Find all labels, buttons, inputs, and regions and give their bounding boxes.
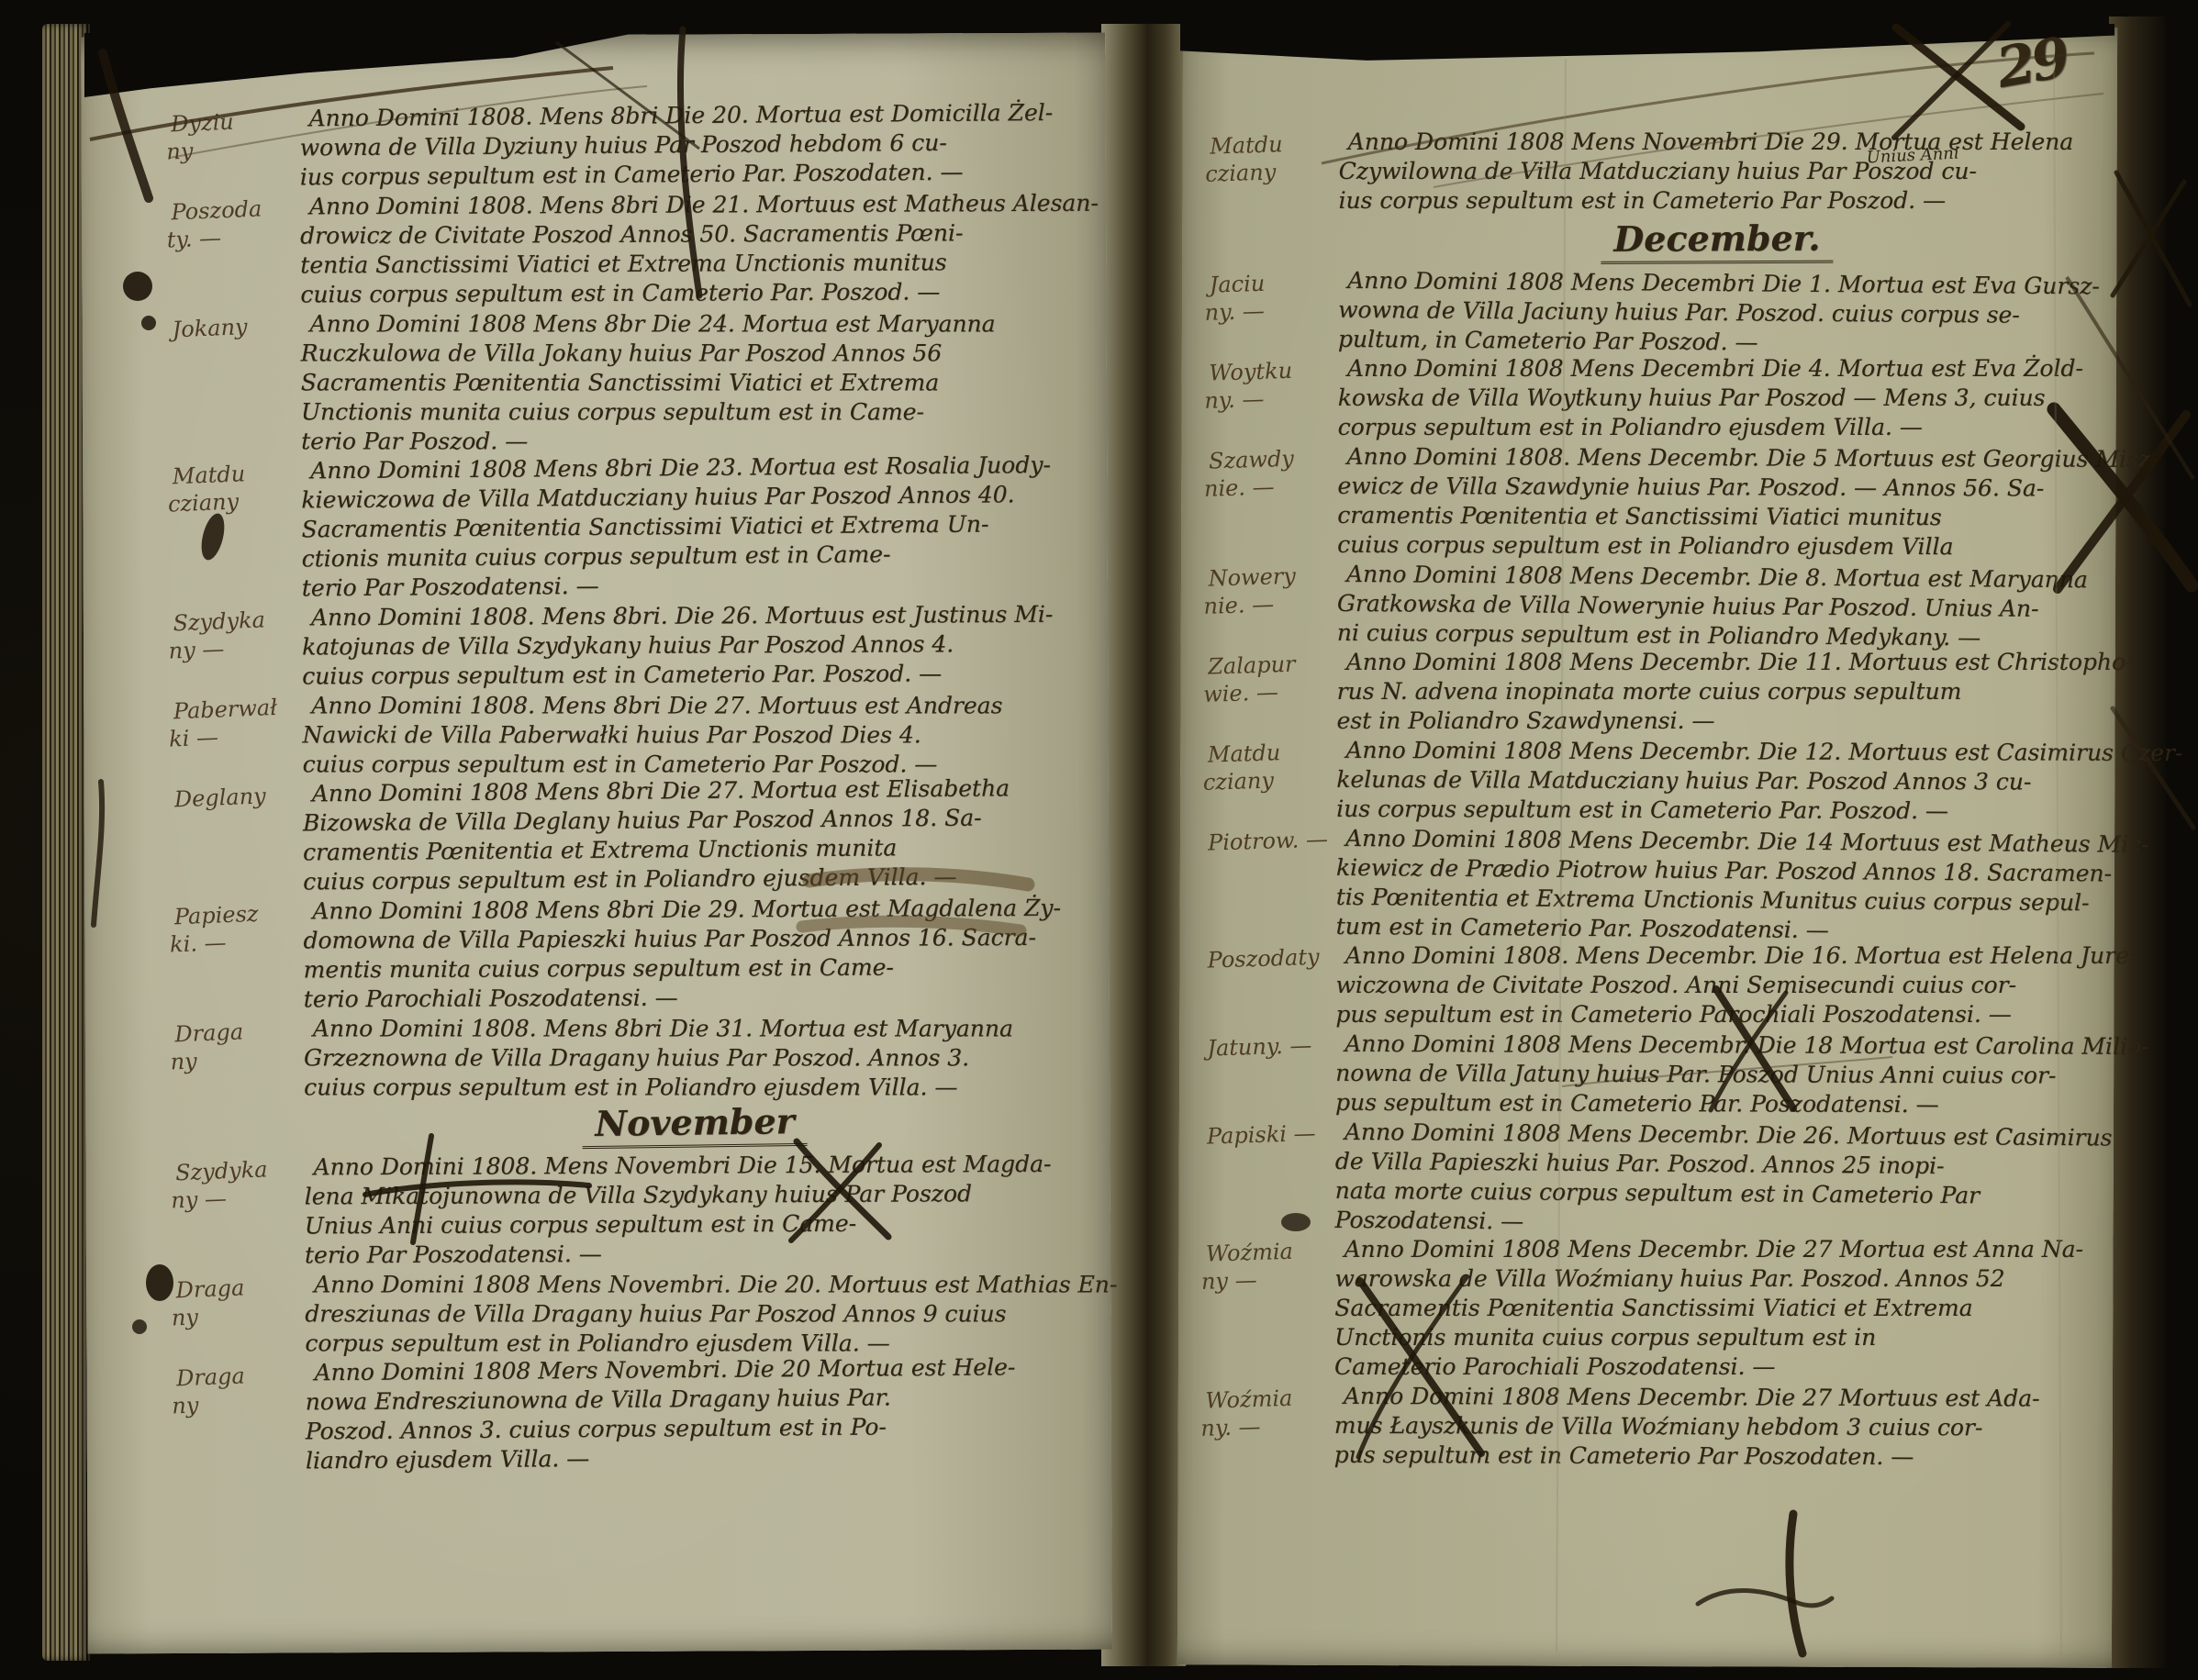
record-text: Anno Domini 1808 Mens Decembr. Die 26. M… (1335, 1118, 2113, 1238)
record-line: ewicz de Villa Szawdynie huius Par. Posz… (1337, 472, 2158, 504)
burial-record-entry: Dyziu nyAnno Domini 1808. Mens 8bri Die … (165, 101, 1081, 193)
record-line: mus Łayszkunis de Villa Woźmiany hebdom … (1334, 1411, 2092, 1443)
record-text: Anno Domini 1808 Mens Decembr. Die 8. Mo… (1337, 560, 2095, 651)
book-gutter (1101, 24, 1186, 1666)
margin-village-label: Matdu cziany (1201, 733, 1337, 796)
burial-record-entry: Woźmia ny. —Anno Domini 1808 Mens Decemb… (1200, 1381, 2092, 1472)
record-text: Anno Domini 1808 Mens Decembr. Die 11. M… (1336, 648, 2133, 739)
record-text: Anno Domini 1808 Mens Decembr. Die 18 Mo… (1335, 1029, 2149, 1120)
left-page: Dyziu nyAnno Domini 1808. Mens 8bri Die … (81, 33, 1112, 1654)
record-text: Anno Domini 1808. Mens 8bri Die 31. Mort… (304, 1011, 1086, 1103)
manuscript-scan: Dyziu nyAnno Domini 1808. Mens 8bri Die … (0, 0, 2198, 1680)
record-text: Anno Domini 1808 Mens Decembr. Die 14 Mo… (1336, 824, 2149, 944)
margin-village-label: Dyziu ny (164, 102, 300, 166)
margin-village-label: Matdu cziany (1204, 125, 1340, 188)
record-line: ius corpus sepultum est in Cameterio Par… (300, 157, 1082, 193)
burial-record-entry: Szawdy nie. —Anno Domini 1808. Mens Dece… (1203, 441, 2095, 562)
record-line: Anno Domini 1808. Mens Novembri Die 15. … (304, 1150, 1086, 1183)
margin-village-label: Paberwał ki — (167, 689, 303, 753)
burial-record-entry: Papiesz ki. —Anno Domini 1808 Mens 8bri … (169, 894, 1086, 1015)
burial-record-entry: Zalapur wie. —Anno Domini 1808 Mens Dece… (1202, 647, 2094, 738)
burial-record-entry: Matdu czianyAnno Domini 1808 Mens Novemb… (1204, 127, 2096, 217)
record-line: Anno Domini 1808 Mens 8br Die 24. Mortua… (301, 309, 1083, 339)
record-line: Ruczkulowa de Villa Jokany huius Par Pos… (301, 339, 1083, 368)
burial-record-entry: DeglanyAnno Domini 1808 Mens 8bri Die 27… (169, 776, 1086, 897)
record-line: Anno Domini 1808 Mens Decembr. Die 18 Mo… (1335, 1029, 2148, 1062)
record-line: mentis munita cuius corpus sepultum est … (304, 952, 1086, 985)
record-line: Anno Domini 1808 Mens Decembri Die 4. Mo… (1338, 354, 2096, 384)
record-line: Anno Domini 1808 Mens 8bri Die 29. Mortu… (303, 894, 1085, 927)
burial-record-entry: Matdu czianyAnno Domini 1808 Mens Decemb… (1202, 735, 2094, 826)
record-text: Anno Domini 1808. Mens 8bri Die 21. Mort… (300, 189, 1099, 310)
record-line: lena Mikatojunowna de Villa Szydykany hu… (305, 1179, 1087, 1212)
record-line: Sacramentis Pœnitentia Sanctissimi Viati… (301, 368, 1083, 397)
burial-record-entry: Szydyka ny —Anno Domini 1808. Mens Novem… (170, 1150, 1087, 1271)
burial-record-entry: Nowery nie. —Anno Domini 1808 Mens Decem… (1203, 559, 2095, 650)
record-line: Anno Domini 1808 Mens Decembr. Die 12. M… (1336, 736, 2182, 768)
record-line: domowna de Villa Papieszki huius Par Pos… (303, 923, 1085, 956)
record-text: Anno Domini 1808. Mens Decembr. Die 5 Mo… (1337, 442, 2158, 562)
record-line: est in Poliandro Szawdynensi. — (1336, 706, 2133, 736)
record-line: Anno Domini 1808 Mens Decembr. Die 27 Mo… (1334, 1235, 2092, 1264)
record-text: Anno Domini 1808. Mens 8bri Die 27. Mort… (302, 688, 1084, 780)
record-line: katojunas de Villa Szydykany huius Par P… (302, 629, 1084, 662)
folio-page-number: 29 (1992, 26, 2071, 101)
record-line: terio Parochiali Poszodatensi. — (304, 982, 1086, 1015)
record-line: Anno Domini 1808 Mens Decembr. Die 11. M… (1337, 648, 2134, 677)
burial-record-entry: Jatuny. —Anno Domini 1808 Mens Decembr. … (1201, 1029, 2093, 1119)
record-text: Anno Domini 1808. Mens Novembri Die 15. … (304, 1150, 1087, 1271)
record-line: Unius Anni cuius corpus sepultum est in … (305, 1208, 1087, 1241)
record-text: Anno Domini 1808 Mens Decembri Die 1. Mo… (1338, 266, 2100, 357)
record-line: Nawicki de Villa Paberwałki huius Par Po… (302, 720, 1084, 750)
margin-village-label: Papiski — (1200, 1115, 1335, 1151)
record-text: Anno Domini 1808 Mens 8bri Die 23. Mortu… (301, 453, 1084, 604)
margin-village-label: Nowery nie. — (1202, 557, 1338, 620)
record-text: Anno Domini 1808. Mens Decembr. Die 16. … (1335, 941, 2137, 1032)
margin-village-label: Poszodaty (1201, 939, 1336, 974)
record-line: Anno Domini 1808. Mens Decembr. Die 16. … (1336, 941, 2137, 971)
record-line: corpus sepultum est in Poliandro ejusdem… (1338, 413, 2096, 442)
record-text: Anno Domini 1808 Mens 8br Die 24. Mortua… (300, 306, 1083, 457)
burial-record-entry: Draga nyAnno Domini 1808 Mens Novembri. … (171, 1267, 1087, 1359)
record-text: Anno Domini 1808 Mens Novembri Die 29. M… (1338, 128, 2096, 218)
margin-village-label: Szydyka ny — (167, 601, 303, 665)
record-line: warowska de Villa Woźmiany huius Par. Po… (1334, 1264, 2092, 1294)
burial-record-entry: Draga nyAnno Domini 1808. Mens 8bri Die … (170, 1011, 1086, 1103)
margin-village-label: Draga ny (169, 1012, 305, 1076)
record-line: Anno Domini 1808. Mens 8bri Die 21. Mort… (300, 189, 1099, 222)
right-page: Matdu czianyAnno Domini 1808 Mens Novemb… (1177, 24, 2117, 1668)
record-line: Anno Domini 1808 Mens Novembri Die 29. M… (1339, 128, 2097, 157)
record-line: tentia Sanctissimi Viatici et Extrema Un… (300, 248, 1099, 281)
record-line: liandro ejusdem Villa. — (306, 1441, 1088, 1476)
record-text: Anno Domini 1808 Mers Novembri. Die 20 M… (305, 1355, 1088, 1476)
record-text: Anno Domini 1808 Mens Novembri. Die 20. … (305, 1267, 1118, 1359)
burial-record-entry: JokanyAnno Domini 1808 Mens 8br Die 24. … (166, 306, 1083, 457)
margin-village-label: Woźmia ny — (1199, 1232, 1335, 1296)
record-text: Anno Domini 1808 Mens Decembr. Die 27 Mo… (1334, 1382, 2092, 1473)
month-header-label: November (582, 1101, 808, 1149)
burial-record-entry: Jaciu ny. —Anno Domini 1808 Mens Decembr… (1204, 265, 2096, 356)
record-line: kowska de Villa Woytkuny huius Par Poszo… (1338, 384, 2096, 413)
burial-record-entry: PoszodatyAnno Domini 1808. Mens Decembr.… (1201, 940, 2093, 1031)
record-line: wiczowna de Civitate Poszod. Anni Semise… (1335, 971, 2137, 1000)
record-line: terio Par Poszodatensi. — (302, 568, 1084, 604)
month-header: November (170, 1101, 1086, 1150)
record-line: Unctionis munita cuius corpus sepultum e… (1334, 1323, 2092, 1352)
burial-record-entry: Poszoda ty. —Anno Domini 1808. Mens 8bri… (166, 189, 1083, 310)
burial-record-entry: Woytku ny. —Anno Domini 1808 Mens Decemb… (1204, 353, 2096, 444)
margin-village-label: Matdu cziany (166, 454, 302, 518)
margin-village-label: Woytku ny. — (1203, 351, 1339, 415)
record-line: Anno Domini 1808. Mens 8bri. Die 26. Mor… (302, 600, 1084, 633)
record-line: Grzeznowna de Villa Dragany huius Par Po… (304, 1043, 1086, 1073)
record-text: Anno Domini 1808 Mens Decembr. Die 27 Mo… (1334, 1235, 2093, 1385)
record-line: Sacramentis Pœnitentia Sanctissimi Viati… (1334, 1294, 2092, 1323)
burial-record-entry: Szydyka ny —Anno Domini 1808. Mens 8bri.… (168, 600, 1084, 692)
margin-village-label: Papiesz ki. — (168, 895, 304, 959)
margin-village-label: Szawdy nie. — (1202, 439, 1338, 503)
record-line: Czywilowna de Villa Matducziany huius Pa… (1339, 157, 2097, 186)
margin-village-label: Deglany (168, 777, 303, 814)
record-line: Anno Domini 1808. Mens Decembr. Die 5 Mo… (1337, 442, 2158, 474)
record-line: ius corpus sepultum est in Cameterio Par… (1338, 186, 2096, 216)
record-line: Cameterio Parochiali Poszodatensi. — (1334, 1352, 2092, 1382)
record-line: terio Par Poszodatensi. — (305, 1238, 1087, 1271)
burial-record-entry: Piotrow. —Anno Domini 1808 Mens Decembr.… (1202, 823, 2094, 943)
burial-record-entry: Draga nyAnno Domini 1808 Mers Novembri. … (171, 1355, 1088, 1476)
record-line: pus sepultum est in Cameterio Par Poszod… (1334, 1441, 2092, 1473)
record-line: pus sepultum est in Cameterio Par. Poszo… (1335, 1088, 2148, 1120)
month-header: December. (1204, 217, 2096, 264)
record-line: Anno Domini 1808 Mens Novembri. Die 20. … (305, 1270, 1117, 1299)
record-text: Anno Domini 1808 Mens 8bri Die 29. Mortu… (303, 894, 1086, 1015)
margin-village-label: Poszoda ty. — (165, 190, 301, 254)
margin-village-label: Woźmia ny. — (1199, 1379, 1335, 1442)
margin-village-label: Szydyka ny — (169, 1151, 305, 1215)
margin-village-label: Jaciu ny. — (1203, 263, 1339, 327)
margin-village-label: Zalapur wie. — (1202, 645, 1338, 708)
record-line: kelunas de Villa Matducziany huius Par. … (1336, 765, 2182, 797)
record-line: Anno Domini 1808. Mens 8bri Die 31. Mort… (304, 1014, 1086, 1043)
record-line: cuius corpus sepultum est in Poliandro e… (304, 1073, 1086, 1102)
record-line: rus N. advena inopinata morte cuius corp… (1337, 677, 2134, 706)
record-line: Unctionis munita cuius corpus sepultum e… (301, 397, 1083, 427)
record-line: Anno Domini 1808. Mens 8bri Die 27. Mort… (302, 691, 1084, 720)
record-line: cramentis Pœnitentia et Sanctissimi Viat… (1337, 501, 2158, 533)
record-line: cuius corpus sepultum est in Poliandro e… (1337, 530, 2158, 562)
margin-village-label: Piotrow. — (1202, 821, 1337, 857)
record-line: Anno Domini 1808 Mens Decembr. Die 27 Mo… (1334, 1382, 2092, 1414)
record-text: Anno Domini 1808 Mens Decembri Die 4. Mo… (1338, 354, 2096, 445)
record-line: cuius corpus sepultum est in Cameterio P… (302, 659, 1084, 692)
record-text: Anno Domini 1808. Mens 8bri. Die 26. Mor… (302, 600, 1084, 692)
margin-village-label: Jokany (166, 307, 301, 344)
burial-record-entry: Matdu czianyAnno Domini 1808 Mens 8bri D… (167, 453, 1084, 604)
record-line: drowicz de Civitate Poszod Annos 50. Sac… (300, 218, 1099, 251)
month-header-label: December. (1601, 218, 1834, 264)
burial-record-entry: Paberwał ki —Anno Domini 1808. Mens 8bri… (168, 688, 1084, 780)
record-text: Anno Domini 1808 Mens Decembr. Die 12. M… (1336, 736, 2182, 827)
record-text: Anno Domini 1808 Mens 8bri Die 27. Mortu… (303, 776, 1086, 897)
record-line: cuius corpus sepultum est in Cameterio P… (300, 277, 1099, 310)
record-line: pus sepultum est in Cameterio Parochiali… (1335, 1000, 2137, 1029)
record-text: Anno Domini 1808. Mens 8bri Die 20. Mort… (299, 101, 1081, 193)
burial-record-entry: Papiski —Anno Domini 1808 Mens Decembr. … (1201, 1117, 2093, 1237)
margin-village-label: Jatuny. — (1201, 1027, 1336, 1063)
record-line: cuius corpus sepultum est in Poliandro e… (303, 862, 1085, 897)
margin-village-label: Draga ny (170, 1268, 306, 1332)
margin-village-label: Draga ny (170, 1356, 306, 1420)
record-line: dresziunas de Villa Dragany huius Par Po… (305, 1299, 1117, 1329)
burial-record-entry: Woźmia ny —Anno Domini 1808 Mens Decembr… (1200, 1234, 2093, 1384)
record-line: nowna de Villa Jatuny huius Par. Poszod … (1335, 1059, 2148, 1091)
record-line: ius corpus sepultum est in Cameterio Par… (1336, 795, 2182, 827)
